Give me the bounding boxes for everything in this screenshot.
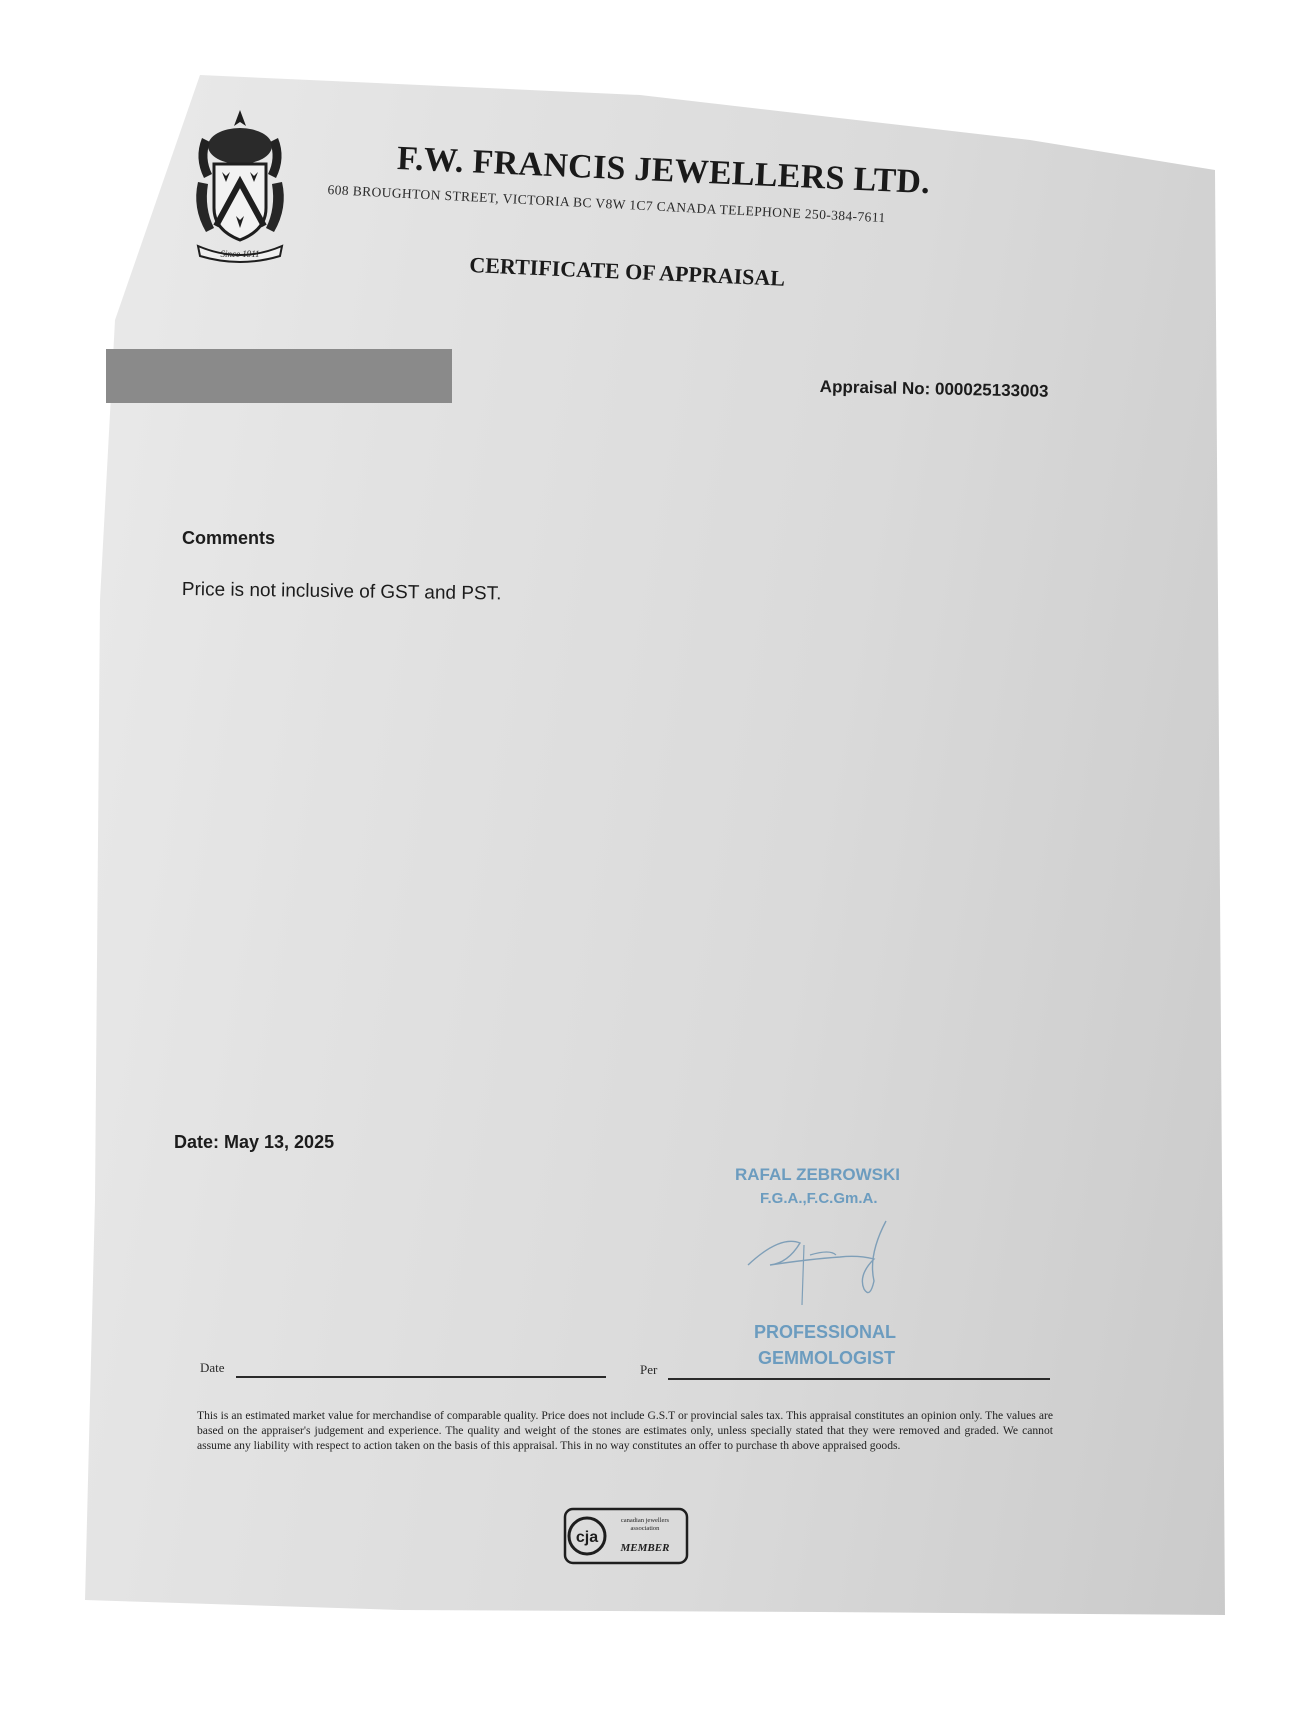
comments-text: Price is not inclusive of GST and PST. xyxy=(182,579,502,605)
appraiser-title-stamp-line1: PROFESSIONAL xyxy=(754,1322,896,1343)
appraisal-date: Date: May 13, 2025 xyxy=(174,1132,334,1153)
svg-text:Since 1911: Since 1911 xyxy=(220,249,259,259)
comments-heading: Comments xyxy=(182,528,275,549)
svg-text:cja: cja xyxy=(576,1529,598,1546)
coat-of-arms-crest-icon: Since 1911 xyxy=(190,108,290,264)
per-signature-line xyxy=(668,1378,1050,1380)
redacted-block xyxy=(106,349,452,403)
appraiser-credentials-stamp: F.G.A.,F.C.Gm.A. xyxy=(760,1190,878,1207)
appraiser-name-stamp: RAFAL ZEBROWSKI xyxy=(735,1165,900,1185)
signature-icon xyxy=(740,1215,920,1315)
svg-text:canadian jewellers: canadian jewellers xyxy=(621,1517,670,1524)
date-line-label: Date xyxy=(200,1360,225,1376)
cja-member-logo-icon: cja canadian jewellers association MEMBE… xyxy=(563,1507,689,1565)
date-signature-line xyxy=(236,1376,606,1378)
svg-text:MEMBER: MEMBER xyxy=(620,1542,670,1554)
appraiser-title-stamp-line2: GEMMOLOGIST xyxy=(758,1348,895,1369)
per-line-label: Per xyxy=(640,1362,657,1378)
disclaimer-text: This is an estimated market value for me… xyxy=(197,1408,1053,1453)
svg-text:association: association xyxy=(631,1525,661,1532)
